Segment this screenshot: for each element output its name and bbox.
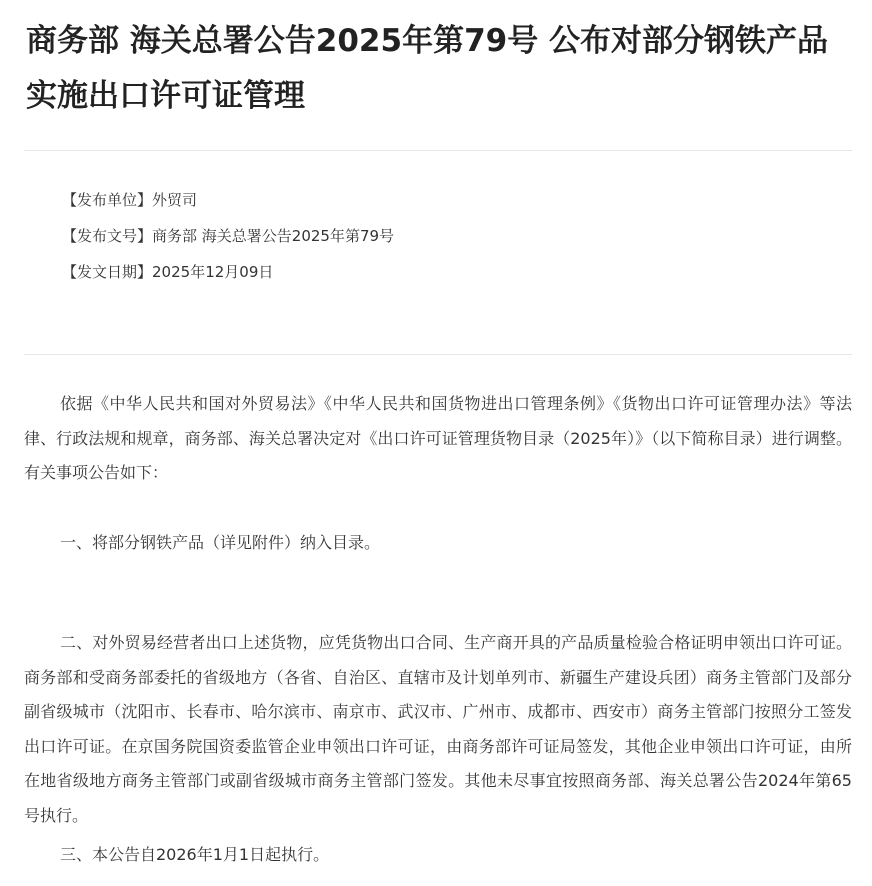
page-title: 商务部 海关总署公告2025年第79号 公布对部分钢铁产品实施出口许可证管理 [26,14,856,124]
meta-value: 2025年12月09日 [152,263,273,281]
meta-document-number: 【发布文号】商务部 海关总署公告2025年第79号 [62,218,394,254]
meta-issue-date: 【发文日期】2025年12月09日 [62,254,394,290]
meta-label: 【发布单位】 [62,191,152,209]
document-metadata: 【发布单位】外贸司 【发布文号】商务部 海关总署公告2025年第79号 【发文日… [62,182,394,290]
meta-value: 商务部 海关总署公告2025年第79号 [152,227,394,245]
paragraph-item-2: 二、对外贸易经营者出口上述货物，应凭货物出口合同、生产商开具的产品质量检验合格证… [24,626,852,833]
paragraph-item-1: 一、将部分钢铁产品（详见附件）纳入目录。 [24,526,852,561]
meta-label: 【发布文号】 [62,227,152,245]
meta-label: 【发文日期】 [62,263,152,281]
meta-value: 外贸司 [152,191,197,209]
meta-issuing-unit: 【发布单位】外贸司 [62,182,394,218]
meta-divider [24,354,852,355]
paragraph-preamble: 依据《中华人民共和国对外贸易法》《中华人民共和国货物进出口管理条例》《货物出口许… [24,387,852,491]
title-divider [24,150,852,151]
paragraph-item-3: 三、本公告自2026年1月1日起执行。 [24,838,852,873]
